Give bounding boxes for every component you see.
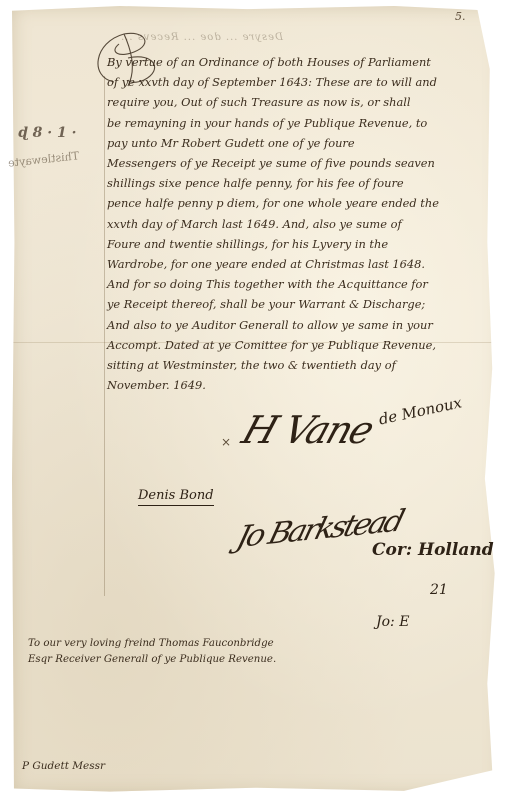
docket-note: P Gudett Messr — [22, 760, 105, 772]
page-number: 5. — [455, 10, 466, 23]
address-line: Esqr Receiver Generall of ye Publique Re… — [28, 652, 276, 668]
signature-vane: H Vane — [237, 408, 378, 452]
body-line: sitting at Westminster, the two & twenti… — [107, 355, 492, 375]
body-line: ye Receipt thereof, shall be your Warran… — [107, 294, 492, 314]
body-line: By vertue of an Ordinance of both Houses… — [107, 52, 492, 72]
body-line: Wardrobe, for one yeare ended at Christm… — [107, 254, 492, 274]
body-line: Foure and twentie shillings, for his Lyv… — [107, 234, 492, 254]
folio-number-21: 21 — [430, 582, 448, 598]
body-line: be remayning in your hands of ye Publiqu… — [107, 113, 492, 133]
body-line: And also to ye Auditor Generall to allow… — [107, 315, 492, 335]
body-line: pence halfe penny p diem, for one whole … — [107, 193, 492, 213]
body-line: November. 1649. — [107, 375, 492, 395]
body-line: xxvth day of March last 1649. And, also … — [107, 214, 492, 234]
address-line: To our very loving freind Thomas Fauconb… — [28, 636, 276, 652]
warrant-body: By vertue of an Ordinance of both Houses… — [107, 52, 492, 395]
margin-rule — [104, 76, 105, 596]
signature-bond: Denis Bond — [138, 488, 214, 506]
body-line: shillings sixe pence halfe penny, for hi… — [107, 173, 492, 193]
body-line: And for so doing This together with the … — [107, 274, 492, 294]
initials-mark: Jo: E — [376, 614, 409, 630]
address-block: To our very loving freind Thomas Fauconb… — [28, 636, 276, 668]
signature-holland: Cor: Holland — [372, 540, 494, 560]
body-line: Messengers of ye Receipt ye sume of five… — [107, 153, 492, 173]
body-line: pay unto Mr Robert Gudett one of ye four… — [107, 133, 492, 153]
body-line: require you, Out of such Treasure as now… — [107, 92, 492, 112]
body-line: Accompt. Dated at ye Comittee for ye Pub… — [107, 335, 492, 355]
margin-note-folio: ɖ 8 · 1 · — [18, 125, 77, 141]
body-line: of ye xxvth day of September 1643: These… — [107, 72, 492, 92]
cross-mark: × — [221, 435, 231, 449]
